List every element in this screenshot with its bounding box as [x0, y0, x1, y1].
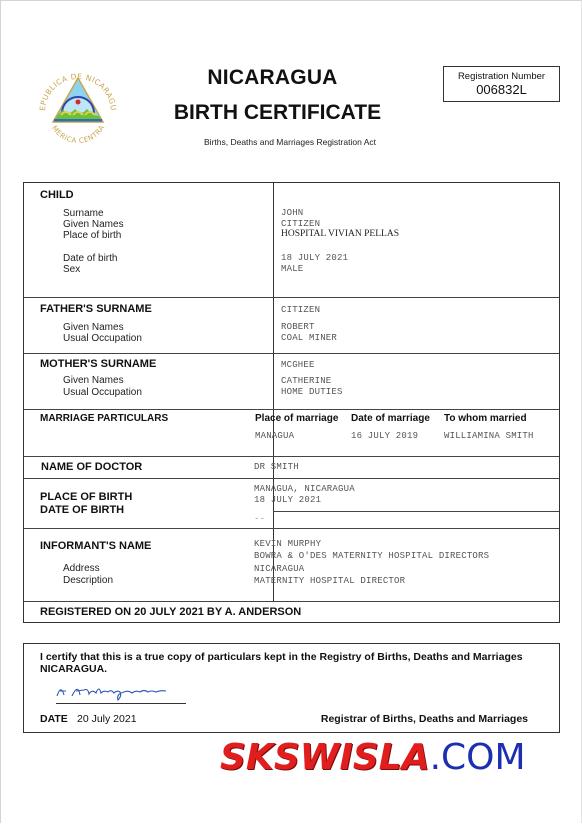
registered-on-statement: REGISTERED ON 20 JULY 2021 BY A. ANDERSO…: [40, 606, 301, 618]
informant-description-label: Description: [63, 575, 113, 587]
informant-address-line1: BOWRA & O'DES MATERNITY HOSPITAL DIRECTO…: [254, 551, 489, 563]
doctor-name-value: DR SMITH: [254, 462, 299, 474]
row-divider: [24, 528, 559, 529]
mother-occupation-label: Usual Occupation: [63, 387, 142, 399]
registration-number: 006832L: [444, 82, 559, 97]
country-title: NICARAGUA: [170, 66, 375, 90]
name-of-doctor-label: NAME OF DOCTOR: [41, 461, 142, 473]
child-date-of-birth-label: Date of birth: [63, 253, 117, 265]
to-whom-married-label: To whom married: [444, 413, 527, 424]
birth-particulars-table: CHILD Surname Given Names Place of birth…: [23, 182, 560, 623]
row-divider: [24, 353, 559, 354]
birth-extra-value: --: [254, 514, 265, 526]
father-occupation-label: Usual Occupation: [63, 333, 142, 345]
certificate-date-label: DATE: [40, 713, 68, 725]
child-place-of-birth-value: HOSPITAL VIVIAN PELLAS: [281, 229, 399, 239]
informant-address-label: Address: [63, 563, 100, 575]
child-given-names-label: Given Names: [63, 219, 124, 231]
father-given-names-value: ROBERT: [281, 322, 315, 334]
mother-occupation-value: HOME DUTIES: [281, 387, 343, 399]
date-of-birth-label: DATE OF BIRTH: [40, 504, 124, 516]
father-given-names-label: Given Names: [63, 322, 124, 334]
informant-name-value: KEVIN MURPHY: [254, 539, 321, 551]
place-of-birth-value: MANAGUA, NICARAGUA: [254, 484, 355, 496]
row-divider: [24, 456, 559, 457]
child-place-of-birth-label: Place of birth: [63, 230, 121, 242]
document-title: BIRTH CERTIFICATE: [160, 101, 395, 125]
father-surname-value: CITIZEN: [281, 305, 320, 317]
watermark-logo: SKSWISLA.COM: [220, 736, 526, 778]
child-sex-label: Sex: [63, 264, 80, 276]
registration-number-box: Registration Number 006832L: [443, 66, 560, 102]
child-surname-value: JOHN: [281, 208, 303, 220]
certification-box: I certify that this is a true copy of pa…: [23, 643, 560, 733]
informant-description-value: MATERNITY HOSPITAL DIRECTOR: [254, 576, 405, 588]
row-divider: [24, 409, 559, 410]
father-surname-label: FATHER'S SURNAME: [40, 303, 152, 315]
child-surname-label: Surname: [63, 208, 104, 220]
father-occupation-value: COAL MINER: [281, 333, 337, 345]
mother-surname-value: MCGHEE: [281, 360, 315, 372]
row-divider: [24, 297, 559, 298]
child-sex-value: MALE: [281, 264, 303, 276]
registration-label: Registration Number: [444, 71, 559, 82]
registrar-signature-icon: [54, 680, 184, 702]
row-divider: [273, 511, 559, 512]
act-subtitle: Births, Deaths and Marriages Registratio…: [180, 137, 400, 147]
registrar-title: Registrar of Births, Deaths and Marriage…: [321, 713, 528, 725]
certificate-date-value: 20 July 2021: [77, 713, 137, 725]
date-of-marriage-label: Date of marriage: [351, 413, 430, 424]
watermark-red-text: SKSWISLA: [220, 737, 430, 778]
child-date-of-birth-value: 18 JULY 2021: [281, 253, 348, 265]
place-of-marriage-label: Place of marriage: [255, 413, 338, 424]
certification-statement-text: I certify that this is a true copy of pa…: [40, 651, 523, 663]
marriage-particulars-label: MARRIAGE PARTICULARS: [40, 413, 168, 424]
child-section-label: CHILD: [40, 189, 74, 201]
row-divider: [24, 478, 559, 479]
place-of-marriage-value: MANAGUA: [255, 431, 294, 443]
date-of-marriage-value: 16 JULY 2019: [351, 431, 418, 443]
mother-given-names-label: Given Names: [63, 375, 124, 387]
certification-country: NICARAGUA.: [40, 663, 107, 675]
to-whom-married-value: WILLIAMINA SMITH: [444, 431, 534, 443]
place-of-birth-label: PLACE OF BIRTH: [40, 491, 132, 503]
coat-of-arms-seal-icon: REPUBLICA DE NICARAGUA AMERICA CENTRAL: [33, 64, 123, 154]
certification-statement: I certify that this is a true copy of pa…: [40, 651, 550, 675]
signature-line: [56, 703, 186, 704]
watermark-blue-text: .COM: [430, 737, 526, 778]
informant-name-label: INFORMANT'S NAME: [40, 540, 151, 552]
mother-surname-label: MOTHER'S SURNAME: [40, 358, 156, 370]
mother-given-names-value: CATHERINE: [281, 376, 331, 388]
row-divider: [24, 601, 559, 602]
informant-address-line2: NICARAGUA: [254, 564, 304, 576]
date-of-birth-value: 18 JULY 2021: [254, 495, 321, 507]
